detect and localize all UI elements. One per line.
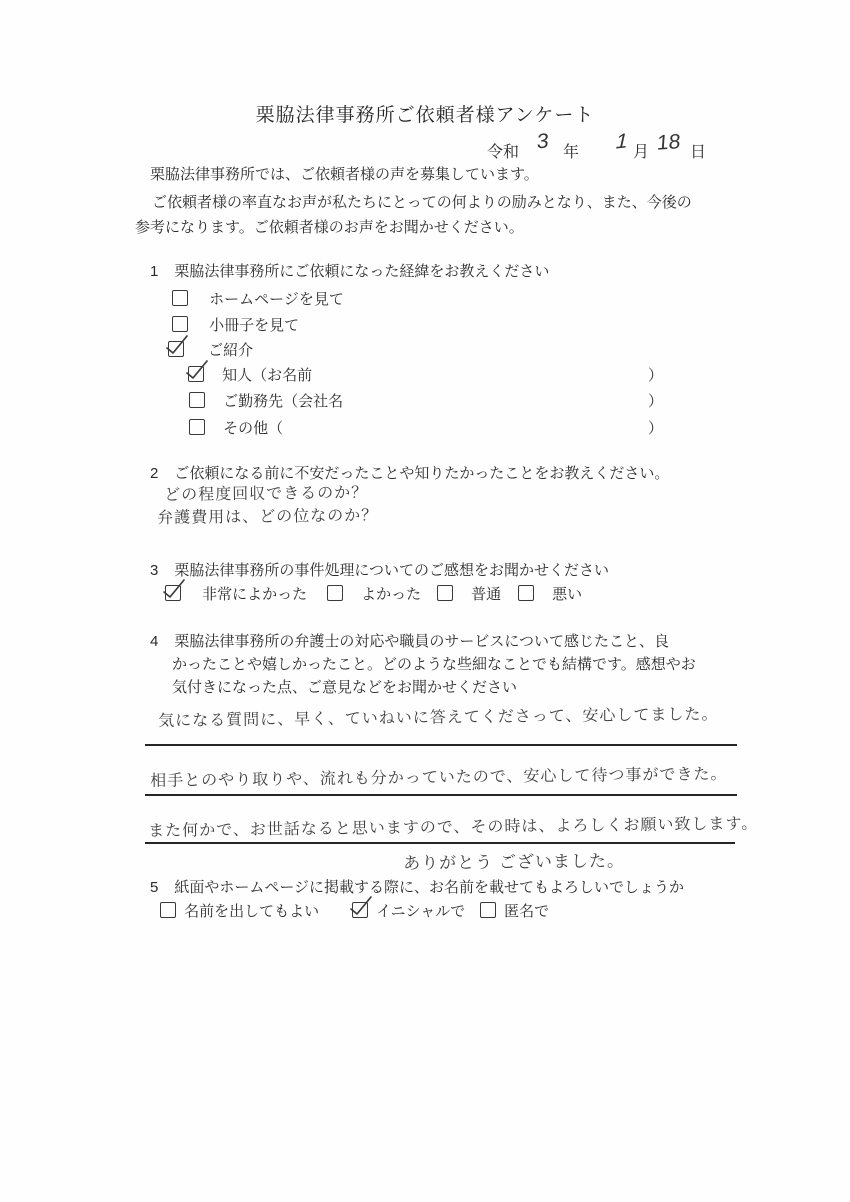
question-1-heading: 1栗脇法律事務所にご依頼になった経緯をお教えください <box>150 260 549 281</box>
option-label: 知人（お名前 <box>222 367 312 384</box>
question-2-heading: 2ご依頼になる前に不安だったことや知りたかったことをお教えください。 <box>150 462 669 483</box>
q1-option-referral: ご紹介 <box>168 339 253 360</box>
paren-close: ） <box>648 417 663 438</box>
check-icon <box>161 578 187 602</box>
option-label: ご紹介 <box>208 342 253 359</box>
question-number: 1 <box>150 263 158 280</box>
q1-option-acquaintance: 知人（お名前 <box>188 364 312 385</box>
checkbox[interactable] <box>165 585 181 601</box>
year-unit: 年 <box>563 139 579 162</box>
q5-option-initials: イニシャルで <box>352 900 465 921</box>
question-text: かったことや嬉しかったこと。どのような些細なことでも結構です。感想やお <box>172 653 696 674</box>
q1-option-booklet: 小冊子を見て <box>172 314 299 335</box>
option-label: 普通 <box>471 586 501 603</box>
question-5-heading: 5紙面やホームページに掲載する際に、お名前を載せてもよろしいでしょうか <box>150 876 684 897</box>
checkbox[interactable] <box>352 902 368 918</box>
option-label: その他（ <box>223 420 283 437</box>
q3-option-bad: 悪い <box>518 583 582 604</box>
question-text: 栗脇法律事務所の事件処理についてのご感想をお聞かせください <box>174 559 609 580</box>
checkbox[interactable] <box>327 585 343 601</box>
day-unit: 日 <box>690 139 706 162</box>
option-label: ホームページを見て <box>209 291 344 308</box>
question-text: 紙面やホームページに掲載する際に、お名前を載せてもよろしいでしょうか <box>174 876 684 897</box>
question-text: ご依頼になる前に不安だったことや知りたかったことをお教えください。 <box>174 462 669 483</box>
paren-close: ） <box>648 390 663 411</box>
checkbox[interactable] <box>518 585 534 601</box>
q1-option-homepage: ホームページを見て <box>172 288 344 309</box>
handwritten-answer: また何かで、お世話なると思いますので、その時は、よろしくお願い致します。 <box>148 811 758 841</box>
check-icon <box>348 895 374 919</box>
question-number: 4 <box>150 633 158 650</box>
question-text: 気付きになった点、ご意見などをお聞かせください <box>172 676 517 697</box>
checkbox[interactable] <box>168 341 184 357</box>
option-label: ご勤務先（会社名 <box>223 393 343 410</box>
q5-option-real-name: 名前を出してもよい <box>160 900 319 921</box>
option-label: よかった <box>361 586 421 603</box>
check-icon <box>184 359 210 383</box>
intro-line: ご依頼者様の率直なお声が私たちにとっての何よりの励みとなり、また、今後の <box>152 191 692 212</box>
checkbox[interactable] <box>480 902 496 918</box>
intro-line: 参考になります。ご依頼者様のお声をお聞かせください。 <box>135 216 524 237</box>
option-label: 匿名で <box>504 903 549 920</box>
answer-underline <box>145 794 737 796</box>
question-text: 栗脇法律事務所にご依頼になった経緯をお教えください <box>174 260 549 281</box>
handwritten-closing: ありがとう ございました。 <box>403 846 625 874</box>
question-3-heading: 3栗脇法律事務所の事件処理についてのご感想をお聞かせください <box>150 559 609 580</box>
question-number: 5 <box>150 879 158 896</box>
checkbox[interactable] <box>188 366 204 382</box>
day-value-handwritten: 18 <box>656 130 681 156</box>
era-label: 令和 <box>487 139 519 162</box>
month-unit: 月 <box>633 139 649 162</box>
checkbox[interactable] <box>437 585 453 601</box>
checkbox[interactable] <box>189 419 205 435</box>
answer-underline <box>145 842 735 844</box>
option-label: 小冊子を見て <box>209 317 299 334</box>
scanned-survey-page: 栗脇法律事務所ご依頼者様アンケート 令和 3 年 1 月 18 日 栗脇法律事務… <box>0 0 850 1202</box>
handwritten-answer: どの程度回収できるのか？ <box>164 480 368 505</box>
answer-underline <box>145 744 737 746</box>
year-value-handwritten: 3 <box>536 130 549 155</box>
checkbox[interactable] <box>189 392 205 408</box>
question-text: 栗脇法律事務所の弁護士の対応や職員のサービスについて感じたこと、良 <box>174 630 669 651</box>
handwritten-answer: 弁護費用は、どの位なのか？ <box>157 502 378 528</box>
option-label: イニシャルで <box>376 903 465 920</box>
question-4-heading: 4栗脇法律事務所の弁護士の対応や職員のサービスについて感じたこと、良 <box>150 630 669 651</box>
q1-option-other: その他（ <box>189 417 283 438</box>
q3-option-very-good: 非常によかった <box>165 583 307 604</box>
survey-title: 栗脇法律事務所ご依頼者様アンケート <box>0 100 850 127</box>
checkbox[interactable] <box>172 290 188 306</box>
question-number: 2 <box>150 465 158 482</box>
q3-option-average: 普通 <box>437 583 501 604</box>
question-number: 3 <box>150 562 158 579</box>
checkbox[interactable] <box>172 316 188 332</box>
q3-option-good: よかった <box>327 583 421 604</box>
intro-line: 栗脇法律事務所では、ご依頼者様の声を募集しています。 <box>150 163 539 184</box>
option-label: 非常によかった <box>202 586 307 603</box>
checkbox[interactable] <box>160 902 176 918</box>
check-icon <box>164 334 190 358</box>
q1-option-workplace: ご勤務先（会社名 <box>189 390 343 411</box>
handwritten-answer: 相手とのやり取りや、流れも分かっていたので、安心して待つ事ができた。 <box>150 761 728 791</box>
month-value-handwritten: 1 <box>613 129 630 154</box>
handwritten-answer: 気になる質問に、早く、ていねいに答えてくださって、安心してました。 <box>158 701 719 731</box>
q5-option-anonymous: 匿名で <box>480 900 549 921</box>
paren-close: ） <box>648 364 663 385</box>
option-label: 悪い <box>552 586 582 603</box>
option-label: 名前を出してもよい <box>184 903 319 920</box>
